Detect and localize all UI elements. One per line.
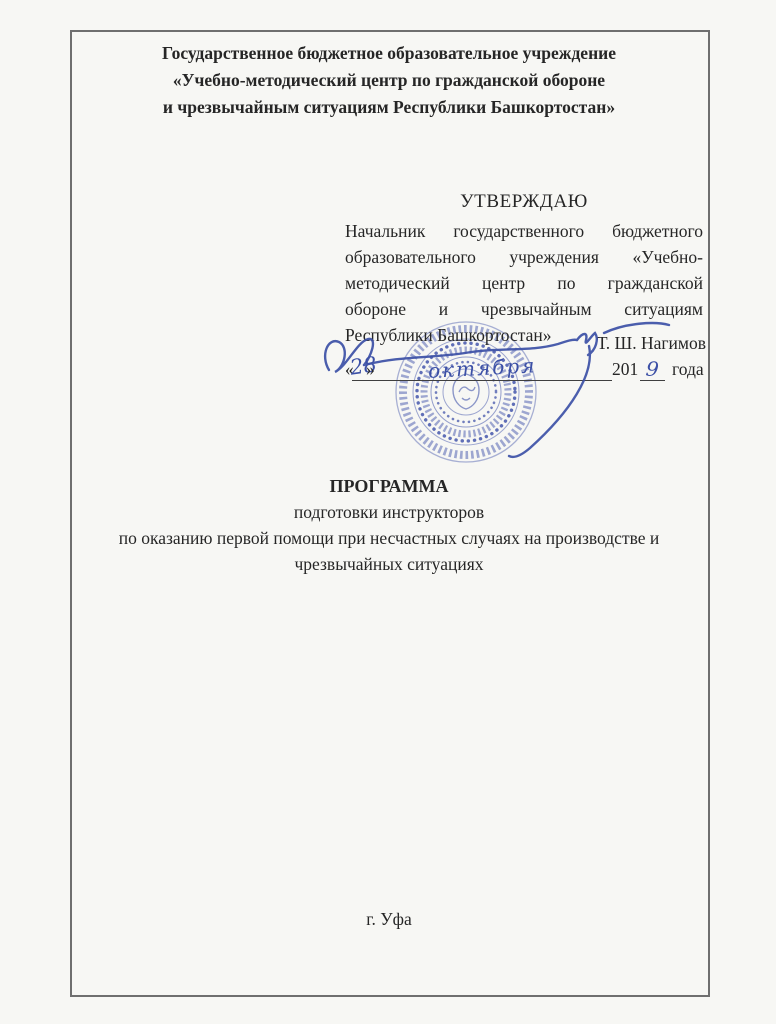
approval-heading: УТВЕРЖДАЮ xyxy=(345,191,703,213)
org-name-line-1: Государственное бюджетное образовательно… xyxy=(70,40,708,67)
approval-body-line: методический центр по гражданской xyxy=(345,270,703,296)
document-subtitle-line: чрезвычайных ситуациях xyxy=(70,551,708,577)
document-title-block: ПРОГРАММА подготовки инструкторов по ока… xyxy=(70,473,708,577)
org-name-line-3: и чрезвычайным ситуациям Республики Башк… xyxy=(70,94,708,121)
signature-scribble xyxy=(315,312,715,482)
org-header: Государственное бюджетное образовательно… xyxy=(70,40,708,121)
approval-body-line: Начальник государственного бюджетного xyxy=(345,218,703,244)
document-subtitle-line: по оказанию первой помощи при несчастных… xyxy=(70,525,708,551)
approval-body-line: образовательного учреждения «Учебно- xyxy=(345,244,703,270)
city-label: г. Уфа xyxy=(70,909,708,930)
org-name-line-2: «Учебно-методический центр по гражданско… xyxy=(70,67,708,94)
document-subtitle-line: подготовки инструкторов xyxy=(70,499,708,525)
scanned-document-page: Государственное бюджетное образовательно… xyxy=(0,0,776,1024)
